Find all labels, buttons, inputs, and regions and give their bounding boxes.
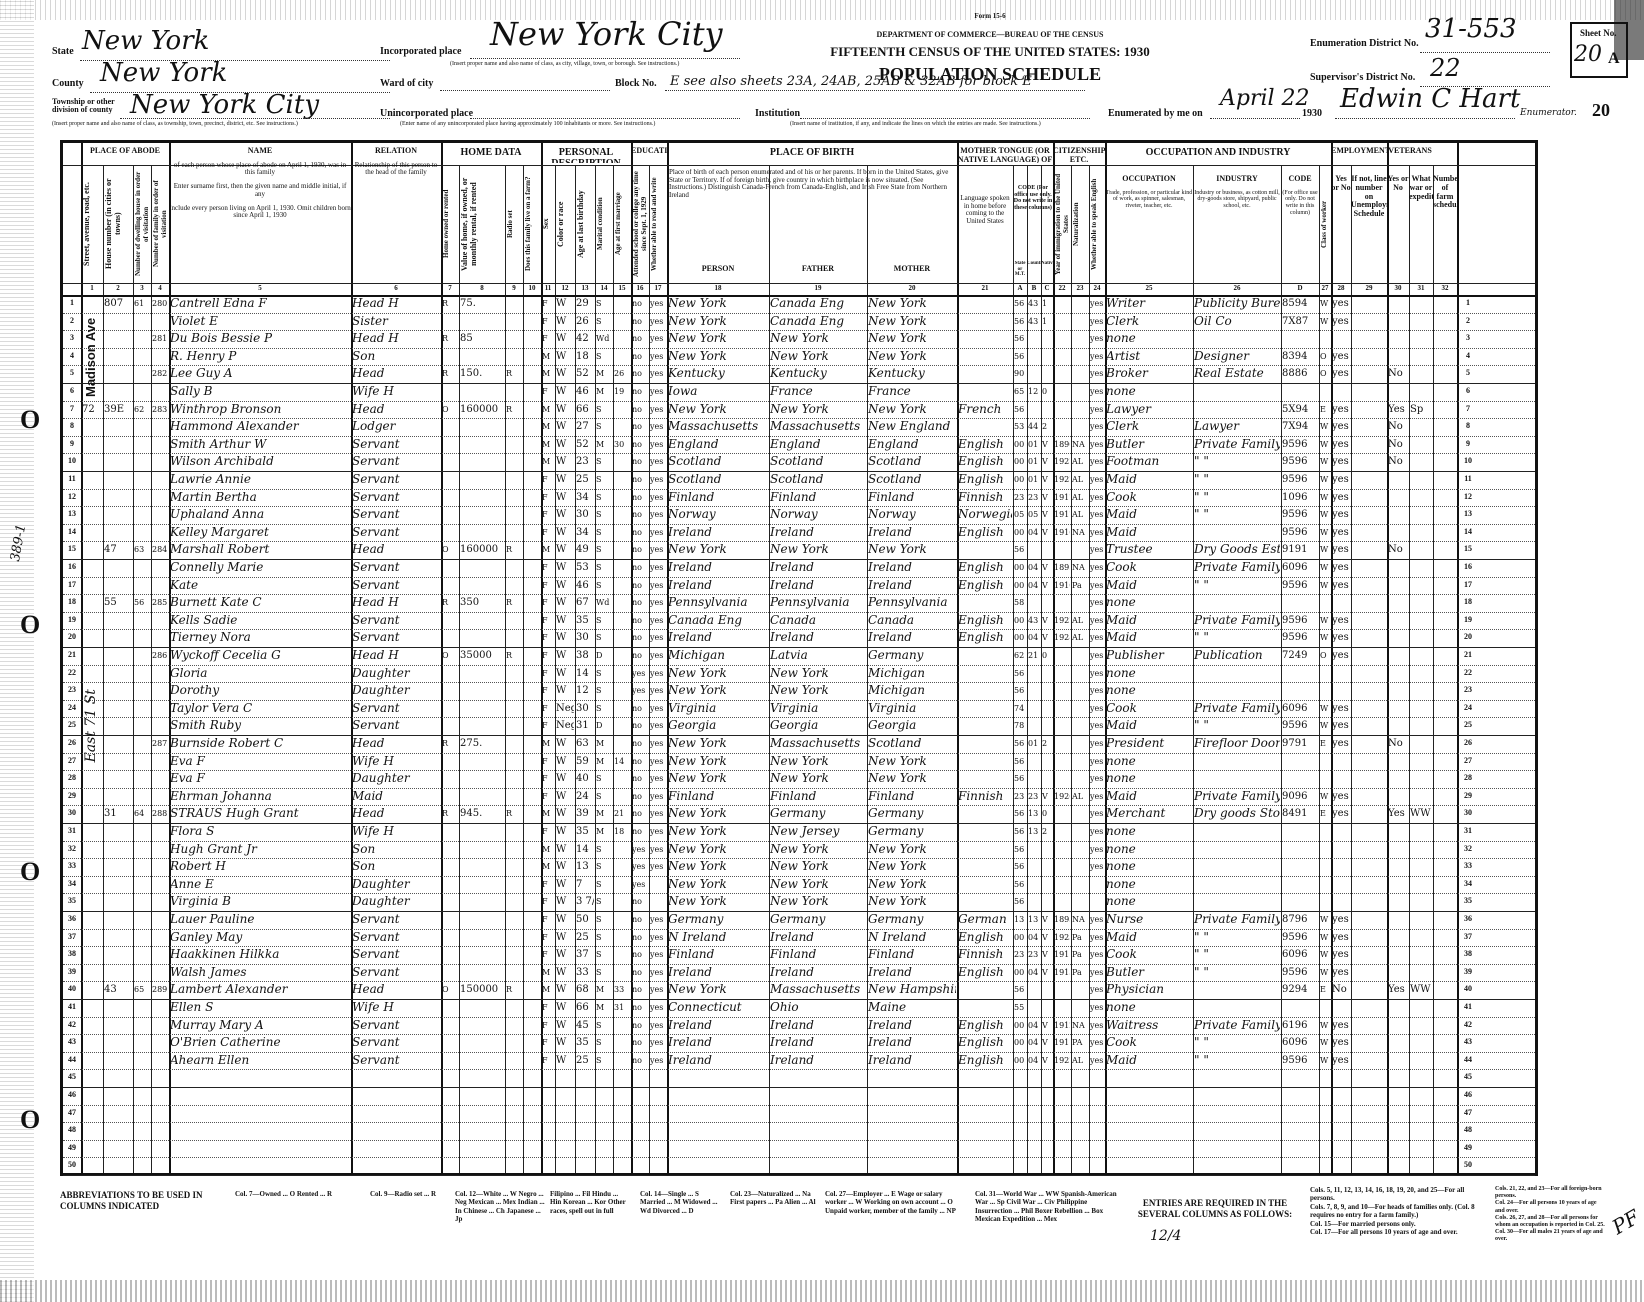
abbrev-col31: Col. 31—World War ... WW Spanish-America… — [975, 1190, 1120, 1224]
column-group-label: EDUCATION — [631, 147, 667, 156]
cell-radio: R — [506, 979, 522, 1000]
header-marital: Marital condition — [596, 169, 612, 279]
line-number-right: 14 — [1459, 527, 1477, 536]
entries-rule-4: Col. 17—For all persons 10 years of age … — [1310, 1228, 1490, 1236]
entries-right: Cols. 21, 22, and 23—For all foreign-bor… — [1495, 1186, 1605, 1244]
scan-border-top — [0, 0, 1644, 20]
column-group-home: HOME DATA — [441, 147, 541, 163]
line-number-right: 36 — [1459, 914, 1477, 923]
county-label: County — [52, 78, 84, 89]
block-label: Block No. — [615, 78, 657, 89]
header-natur: Naturalization — [1072, 169, 1088, 279]
column-number: 10 — [523, 284, 541, 292]
header-occupation: OCCUPATIONTrade, profession, or particul… — [1105, 175, 1193, 210]
cell-family: 285 — [152, 592, 168, 613]
line-number-right: 17 — [1459, 580, 1477, 589]
cell-codeB: 43 — [1028, 311, 1040, 332]
cell-work: yes — [1332, 575, 1350, 596]
line-number-right: 31 — [1459, 826, 1477, 835]
block-rule — [665, 90, 1085, 91]
column-group-sublabel: Include every person living on April 1, … — [169, 205, 351, 220]
cell-dwelling: 65 — [134, 979, 150, 1000]
cell-codeA: 00 — [1014, 1050, 1026, 1071]
cell-vet: Yes — [1388, 979, 1408, 1000]
header-codeB: Country — [1027, 261, 1041, 267]
population-schedule-table: PLACE OF ABODENAMEof each person whose p… — [60, 140, 1538, 1176]
header-sub: Trade, profession, or particular kind of… — [1105, 190, 1193, 210]
cell-family: 288 — [152, 803, 168, 824]
line-number-right: 22 — [1459, 668, 1477, 677]
column-number: 16 — [631, 284, 649, 292]
column-number: 12 — [555, 284, 575, 292]
cell-family: 287 — [152, 733, 168, 754]
cell-industry: " " — [1194, 504, 1280, 525]
header-farm: Does this family live on a farm? — [524, 169, 540, 279]
cell-vet: No — [1388, 451, 1408, 472]
line-number-right: 19 — [1459, 615, 1477, 624]
cell-natur: AL — [1072, 786, 1088, 807]
cell-owned: R — [442, 803, 458, 824]
cell-sex: F — [542, 1050, 554, 1071]
entries-title: ENTRIES ARE REQUIRED IN THE SEVERAL COLU… — [1130, 1198, 1300, 1220]
column-group-label: PLACE OF BIRTH — [667, 147, 957, 158]
entries-rule-2: Cols. 7, 8, 9, and 10—For heads of famil… — [1310, 1203, 1490, 1220]
margin-note: 12/4 — [1150, 1228, 1181, 1244]
column-number: A — [1013, 284, 1027, 292]
table-row — [63, 1140, 1457, 1158]
column-number: 7 — [441, 284, 459, 292]
cell-tongue: French — [958, 399, 1012, 420]
cell-value: 275. — [460, 733, 504, 754]
column-number: 22 — [1053, 284, 1071, 292]
line-number-right: 1 — [1459, 298, 1477, 307]
cell-work: No — [1332, 979, 1350, 1000]
line-number-right: 41 — [1459, 1002, 1477, 1011]
line-number-right: 48 — [1459, 1125, 1477, 1134]
cell-immig: 1910 — [1054, 575, 1070, 596]
table-row — [63, 1122, 1457, 1140]
header-vet: Yes or No — [1387, 175, 1409, 193]
punch-hole-marker: O — [20, 857, 40, 887]
line-number-right: 16 — [1459, 562, 1477, 571]
header-radio: Radio set — [506, 169, 522, 279]
cell-house: 807 — [104, 293, 132, 314]
enumerated-date: April 22 — [1220, 88, 1310, 110]
enumerator-name: Edwin C Hart — [1340, 86, 1520, 112]
header-sex: Sex — [542, 169, 554, 279]
cell-codeB: 21 — [1028, 645, 1040, 666]
line-number-right: 49 — [1459, 1143, 1477, 1152]
cell-value: 150000 — [460, 979, 504, 1000]
punch-hole-marker: O — [20, 610, 40, 640]
cell-value: 160000 — [460, 399, 504, 420]
cell-family: 280 — [152, 293, 168, 314]
column-number: 9 — [505, 284, 523, 292]
line-number-right: 26 — [1459, 738, 1477, 747]
column-group-label: PLACE OF ABODE — [81, 147, 169, 156]
cell-immig: 1927 — [1054, 1050, 1070, 1071]
abbrev-col12b: Filipino ... Fil Hindu ... Hin Korean ..… — [550, 1190, 630, 1215]
state-value: New York — [82, 28, 209, 54]
column-group-employment: EMPLOYMENT — [1331, 147, 1387, 163]
cell-natur: AL — [1072, 627, 1088, 648]
cell-value: 150. — [460, 363, 504, 384]
sheet-value: 20 — [1574, 44, 1602, 66]
header-industry: INDUSTRYIndustry or business, as cotton … — [1193, 175, 1281, 210]
cell-english: yes — [1090, 856, 1104, 877]
cell-industry: " " — [1194, 1050, 1280, 1071]
entries-rule-7: Cols. 26, 27, and 28—For all persons for… — [1495, 1215, 1605, 1229]
schedule-title: POPULATION SCHEDULE — [860, 64, 1120, 85]
abbrev-col14: Col. 14—Single ... S Married ... M Widow… — [640, 1190, 720, 1215]
column-group-label: HOME DATA — [441, 147, 541, 158]
cell-house: 31 — [104, 803, 132, 824]
abbrev-title: ABBREVIATIONS TO BE USED IN COLUMNS INDI… — [60, 1190, 220, 1212]
column-number: 20 — [867, 284, 957, 292]
street-name-east: East 71 St — [83, 647, 99, 805]
header-work: Yes or No — [1331, 175, 1351, 193]
line-number-right: 11 — [1459, 474, 1477, 483]
cell-age_marr: 30 — [614, 434, 630, 455]
code-label: CODE (For office use only. Do not write … — [1013, 185, 1053, 211]
column-group-tongue: MOTHER TONGUE (OR NATIVE LANGUAGE) OF FO… — [957, 147, 1053, 163]
column-group-relation: RELATIONRelationship of this person to t… — [351, 147, 441, 277]
ward-label: Ward of city — [380, 78, 433, 89]
header-age: Age at last birthday — [576, 169, 594, 279]
enumerator-suffix: Enumerator. — [1520, 108, 1577, 118]
line-number-right: 37 — [1459, 932, 1477, 941]
line-number-right: 27 — [1459, 756, 1477, 765]
cell-codeC: 2 — [1042, 733, 1052, 754]
cell-owned: O — [442, 399, 458, 420]
line-number-right: 25 — [1459, 720, 1477, 729]
column-number: 13 — [575, 284, 595, 292]
column-number: 4 — [151, 284, 169, 292]
column-number: 28 — [1331, 284, 1351, 292]
cell-codeB: 12 — [1028, 381, 1040, 402]
incorporated-note: (Insert proper name and also name of cla… — [450, 61, 750, 67]
street-name-madison: Madison Ave — [83, 313, 98, 401]
cell-codeD: 8491 — [1282, 803, 1318, 824]
township-rule — [120, 118, 390, 119]
column-number: 31 — [1409, 284, 1433, 292]
cell-industry: Firefloor Doors — [1194, 733, 1280, 754]
cell-codeC: 0 — [1042, 381, 1052, 402]
cell-immig: 1928 — [1054, 627, 1070, 648]
header-read: Whether able to read and write — [650, 169, 666, 279]
cell-codeB: 04 — [1028, 522, 1040, 543]
sheet-side: A — [1608, 50, 1620, 68]
header-unemp: If not, line number on Unemployment Sche… — [1351, 175, 1387, 219]
cell-codeD: 9294 — [1282, 979, 1318, 1000]
line-number-right: 44 — [1459, 1055, 1477, 1064]
cell-codeD: 9791 — [1282, 733, 1318, 754]
column-number: 32 — [1433, 284, 1457, 292]
column-group-label: PERSONAL DESCRIPTION — [541, 147, 631, 163]
cell-birth: Ireland — [668, 1050, 768, 1071]
cell-age_marr: 18 — [614, 821, 630, 842]
cell-read: yes — [650, 1050, 666, 1071]
abbrev-col12: Col. 12—White ... W Negro ... Neg Mexica… — [455, 1190, 545, 1224]
cell-vet: No — [1388, 733, 1408, 754]
cell-house: 55 — [104, 592, 132, 613]
cell-vet: Yes — [1388, 803, 1408, 824]
cell-value: 350 — [460, 592, 504, 613]
unincorporated-rule — [470, 118, 740, 119]
state-label: State — [52, 46, 74, 57]
cell-vet: No — [1388, 539, 1408, 560]
cell-school: no — [632, 1050, 648, 1071]
column-number: 27 — [1319, 284, 1331, 292]
institution-note: (Insert name of institution, if any, and… — [790, 121, 1110, 127]
column-group-sublabel: of each person whose place of abode on A… — [169, 162, 351, 177]
column-number: 19 — [769, 284, 867, 292]
township-label: Township or other division of county — [52, 98, 122, 114]
column-group-label: NAME — [169, 147, 351, 156]
cell-dwelling: 64 — [134, 803, 150, 824]
column-number: 2 — [103, 284, 133, 292]
line-number-right: 7 — [1459, 404, 1477, 413]
date-rule — [1210, 118, 1300, 119]
cell-name: Ahearn Ellen — [170, 1050, 350, 1071]
cell-dwelling: 56 — [134, 592, 150, 613]
township-note: (Insert proper name and also name of cla… — [52, 121, 392, 127]
header-farmno: Number of farm schedule — [1433, 175, 1457, 210]
abbrev-col23: Col. 23—Naturalized ... Na First papers … — [730, 1190, 820, 1207]
cell-natur: Pa — [1072, 575, 1088, 596]
cell-radio: R — [506, 363, 522, 384]
header-house: House number (in cities or towns) — [104, 169, 132, 279]
column-number: 15 — [613, 284, 631, 292]
line-number-right: 35 — [1459, 896, 1477, 905]
cell-read: yes — [650, 856, 666, 877]
line-number-right: 33 — [1459, 861, 1477, 870]
cell-family: 281 — [152, 328, 168, 349]
line-number-right: 18 — [1459, 597, 1477, 606]
cell-codeD: 9596 — [1282, 575, 1318, 596]
header-mother: MOTHER — [867, 265, 957, 274]
cell-marital: S — [596, 1050, 612, 1071]
cell-radio: R — [506, 803, 522, 824]
table-row — [63, 1087, 1457, 1105]
cell-owned: O — [442, 979, 458, 1000]
township-value: New York City — [130, 92, 319, 118]
cell-owned: O — [442, 645, 458, 666]
institution-label: Institution — [755, 108, 800, 119]
cell-industry: " " — [1194, 962, 1280, 983]
column-group-label: MOTHER TONGUE (OR NATIVE LANGUAGE) OF FO… — [957, 147, 1053, 163]
column-group-label: RELATION — [351, 147, 441, 156]
cell-war: WW — [1410, 803, 1432, 824]
cell-codeC: 0 — [1042, 645, 1052, 666]
cell-class: W — [1320, 311, 1330, 332]
entries-rule-8: Col. 30—For all males 21 years of age an… — [1495, 1229, 1605, 1243]
column-number: 3 — [133, 284, 151, 292]
line-number-right: 42 — [1459, 1020, 1477, 1029]
cell-street: 72 — [82, 399, 102, 420]
ed-value: 31-553 — [1425, 16, 1517, 42]
header-codeC: Nativity — [1041, 261, 1053, 267]
column-number: 21 — [957, 284, 1013, 292]
cell-value: 35000 — [460, 645, 504, 666]
cell-father: Ireland — [770, 1050, 866, 1071]
column-group-sublabel: Relationship of this person to the head … — [351, 162, 441, 177]
cell-dwelling: 61 — [134, 293, 150, 314]
cell-tongue: English — [958, 627, 1012, 648]
cell-family: 282 — [152, 363, 168, 384]
cell-work: yes — [1332, 645, 1350, 666]
ed-rule — [1420, 52, 1550, 53]
cell-owned: R — [442, 733, 458, 754]
line-number-right: 5 — [1459, 368, 1477, 377]
cell-codeC: V — [1042, 522, 1052, 543]
column-number: 6 — [351, 284, 441, 292]
column-group-occupation: OCCUPATION AND INDUSTRY — [1105, 147, 1331, 163]
column-number: 17 — [649, 284, 667, 292]
column-group-abode: PLACE OF ABODE — [81, 147, 169, 163]
abbrev-col27: Col. 27—Employer ... E Wage or salary wo… — [825, 1190, 965, 1215]
cell-codeC: 2 — [1042, 821, 1052, 842]
cell-family: 286 — [152, 645, 168, 666]
line-number-right: 8 — [1459, 421, 1477, 430]
line-number-right: 47 — [1459, 1108, 1477, 1117]
line-number-right: 40 — [1459, 984, 1477, 993]
cell-class: E — [1320, 979, 1330, 1000]
cell-age_marr: 19 — [614, 381, 630, 402]
cell-industry: " " — [1194, 575, 1280, 596]
cell-age_marr: 31 — [614, 997, 630, 1018]
cell-value: 945. — [460, 803, 504, 824]
cell-codeC: V — [1042, 575, 1052, 596]
cell-codeB: 01 — [1028, 733, 1040, 754]
cell-class: W — [1320, 1050, 1330, 1071]
line-number-right: 39 — [1459, 967, 1477, 976]
column-number: 29 — [1351, 284, 1387, 292]
sheet-number-box: Sheet No. 20 A — [1570, 22, 1628, 78]
cell-owned: R — [442, 328, 458, 349]
header-immig: Year of immigration to the United States — [1054, 169, 1070, 279]
table-row — [63, 1105, 1457, 1123]
header-codeD: CODE(For office use only. Do not write i… — [1281, 175, 1319, 216]
cell-vet: No — [1388, 363, 1408, 384]
entries-rule-6: Col. 24—For all persons 10 years of age … — [1495, 1200, 1605, 1214]
column-group-veterans: VETERANS — [1387, 147, 1433, 163]
cell-tongue: English — [958, 1050, 1012, 1071]
cell-immig: 1926 — [1054, 786, 1070, 807]
line-number-right: 32 — [1459, 844, 1477, 853]
header-school: Attended school or college any time sinc… — [632, 169, 648, 279]
column-number: 18 — [667, 284, 769, 292]
cell-value: 75. — [460, 293, 504, 314]
line-number-right: 9 — [1459, 439, 1477, 448]
cell-codeD: 7X87 — [1282, 311, 1318, 332]
cell-work: yes — [1332, 733, 1350, 754]
punch-hole-marker: O — [20, 405, 40, 435]
institution-rule — [800, 118, 1090, 119]
column-number: D — [1281, 284, 1319, 292]
cell-house: 39E — [104, 399, 132, 420]
column-number: 30 — [1387, 284, 1409, 292]
line-number-right: 15 — [1459, 544, 1477, 553]
cell-owned: R — [442, 293, 458, 314]
cell-war: WW — [1410, 979, 1432, 1000]
cell-value: 85 — [460, 328, 504, 349]
abbrev-col7: Col. 7—Owned ... O Rented ... R — [235, 1190, 365, 1198]
cell-codeD: 9596 — [1282, 1050, 1318, 1071]
cell-work: yes — [1332, 1050, 1350, 1071]
corner-initials: PF — [1608, 1205, 1644, 1239]
column-number: C — [1041, 284, 1053, 292]
header-father: FATHER — [769, 265, 867, 274]
column-group-personal: PERSONAL DESCRIPTION — [541, 147, 631, 163]
row-divider — [63, 1175, 1535, 1176]
cell-house: 43 — [104, 979, 132, 1000]
cell-war: Sp — [1410, 399, 1432, 420]
ed-label: Enumeration District No. — [1310, 38, 1419, 49]
header-codeA: State or M.T. — [1013, 261, 1027, 278]
column-group-label: VETERANS — [1387, 147, 1433, 156]
column-group-education: EDUCATION — [631, 147, 667, 163]
incorporated-label: Incorporated place — [380, 46, 461, 57]
column-number: B — [1027, 284, 1041, 292]
header-class: Class of worker — [1320, 169, 1330, 279]
header-street: Street, avenue, road, etc. — [82, 169, 102, 279]
header-dwelling: Number of dwelling house in order of vis… — [134, 169, 150, 279]
line-number-right: 38 — [1459, 949, 1477, 958]
column-number: 11 — [541, 284, 555, 292]
cell-age_marr: 14 — [614, 751, 630, 772]
cell-codeD: 7249 — [1282, 645, 1318, 666]
cell-codeB: 04 — [1028, 1050, 1040, 1071]
table-row — [63, 1069, 1457, 1087]
cell-class: O — [1320, 363, 1330, 384]
enumerated-label: Enumerated by me on — [1108, 108, 1203, 119]
column-number: 26 — [1193, 284, 1281, 292]
ward-rule — [440, 90, 610, 91]
cell-codeC: V — [1042, 1050, 1052, 1071]
county-value: New York — [100, 60, 227, 86]
column-group-name: NAMEof each person whose place of abode … — [169, 147, 351, 277]
cell-radio: R — [506, 592, 522, 613]
cell-codeD: 8886 — [1282, 363, 1318, 384]
cell-tongue: Finnish — [958, 786, 1012, 807]
punch-hole-marker: O — [20, 1105, 40, 1135]
cell-natur: AL — [1072, 1050, 1088, 1071]
cell-industry: Oil Co — [1194, 311, 1280, 332]
cell-dwelling: 62 — [134, 399, 150, 420]
cell-class: O — [1320, 645, 1330, 666]
cell-immig: 1916 — [1054, 522, 1070, 543]
line-number-right: 20 — [1459, 632, 1477, 641]
header-race: Color or race — [556, 169, 574, 279]
cell-owned: O — [442, 539, 458, 560]
sd-value: 22 — [1430, 56, 1461, 80]
column-number: 14 — [595, 284, 613, 292]
line-number-right: 43 — [1459, 1037, 1477, 1046]
cell-codeB: 04 — [1028, 575, 1040, 596]
line-number-right: 10 — [1459, 456, 1477, 465]
cell-family: 284 — [152, 539, 168, 560]
cell-codeB: 04 — [1028, 962, 1040, 983]
header-english: Whether able to speak English — [1090, 169, 1104, 279]
scan-border-bottom — [0, 1280, 1644, 1302]
cell-radio: R — [506, 399, 522, 420]
column-number: 25 — [1105, 284, 1193, 292]
cell-value: 160000 — [460, 539, 504, 560]
cell-age: 25 — [576, 1050, 594, 1071]
column-number: 8 — [459, 284, 505, 292]
unincorporated-label: Unincorporated place — [380, 108, 473, 119]
